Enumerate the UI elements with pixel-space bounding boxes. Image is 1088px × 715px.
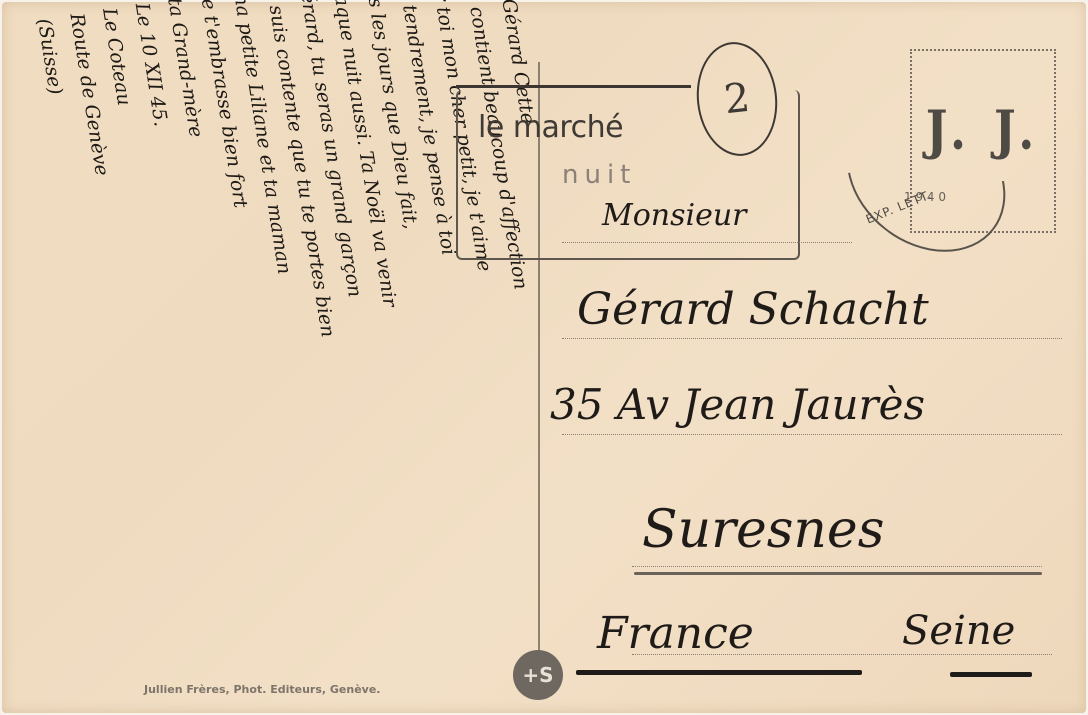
- slogan-line-1: le marché: [478, 110, 623, 145]
- address-city: Suresnes: [642, 500, 884, 560]
- cancel-bar: [456, 85, 691, 88]
- address-salutation: Monsieur: [602, 198, 747, 233]
- postcard: Cher Gérard Cette carte contient beaucou…: [2, 2, 1086, 713]
- country-underline: [576, 670, 862, 675]
- address-line: [562, 434, 1062, 436]
- address-line: [632, 566, 1042, 568]
- publisher-imprint: Jullien Frères, Phot. Editeurs, Genève.: [144, 683, 381, 696]
- address-line: [562, 338, 1062, 340]
- address-street: 35 Av Jean Jaurès: [550, 380, 925, 429]
- slogan-line-2: nuit: [562, 160, 636, 190]
- address-line: [562, 242, 852, 244]
- city-underline: [634, 572, 1042, 575]
- address-name: Gérard Schacht: [577, 284, 929, 335]
- address-line: [632, 654, 1052, 656]
- address-country: France: [597, 608, 754, 659]
- publisher-logo-icon: +S: [513, 650, 563, 700]
- address-department: Seine: [902, 608, 1015, 654]
- department-underline: [950, 672, 1032, 677]
